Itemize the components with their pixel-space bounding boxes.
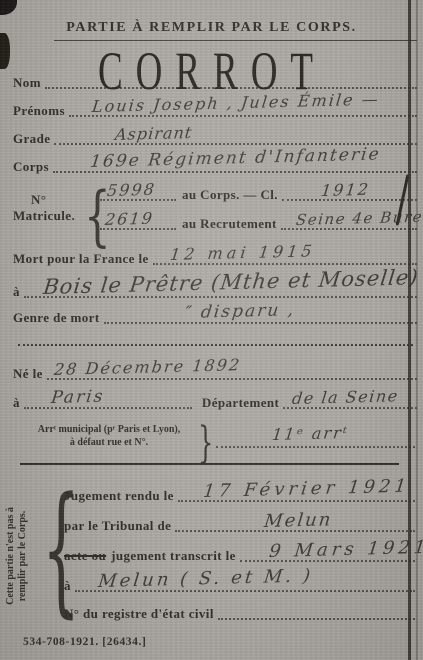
ne-le-label: Né le bbox=[13, 367, 43, 380]
registre-line bbox=[218, 605, 415, 620]
arrondissement-value: 11ᵉ arrᵗ bbox=[271, 423, 350, 444]
departement-value: de la Seine bbox=[291, 386, 400, 408]
jugement-rendu-value: 17 Février 1921 bbox=[202, 476, 411, 502]
prenoms-line: Louis Joseph , Jules Émile — bbox=[69, 102, 417, 117]
name-stamp: CORROT bbox=[62, 41, 362, 103]
arrondissement-label-line2: à défaut rue et N°. bbox=[20, 437, 198, 450]
transcrit-value: 9 Mars 1921 bbox=[268, 537, 423, 562]
mort-label: Mort pour la France le bbox=[13, 252, 149, 265]
corps-line: 169e Régiment d'Infanterie bbox=[53, 158, 417, 173]
genre-mort-label: Genre de mort bbox=[13, 311, 100, 324]
au-recrutement-label: au Recrutement bbox=[182, 217, 277, 230]
scan-artifact-left-edge bbox=[0, 33, 10, 69]
genre-mort-value: ″ disparu , bbox=[184, 300, 296, 323]
departement-line: de la Seine bbox=[283, 394, 417, 409]
mort-lieu-value: Bois le Prêtre (Mthe et Moselle) bbox=[42, 265, 420, 299]
prenoms-label: Prénoms bbox=[13, 104, 65, 117]
jugement-lieu-line: Melun ( S. et M. ) bbox=[75, 577, 415, 592]
tribunal-label: par le Tribunal de bbox=[64, 519, 171, 532]
scan-artifact-right-fold-line bbox=[408, 0, 411, 660]
genre-mort-line: ″ disparu , bbox=[104, 309, 417, 324]
corps-label: Corps bbox=[13, 160, 49, 173]
au-corps-label: au Corps. — Cl. bbox=[182, 188, 278, 201]
tribunal-line: Melun bbox=[175, 517, 415, 532]
matricule-recrutement-value: 2619 bbox=[104, 209, 155, 229]
ne-le-value: 28 Décembre 1892 bbox=[53, 355, 242, 379]
ne-a-value: Paris bbox=[50, 387, 106, 408]
scan-artifact-top-left bbox=[0, 0, 17, 15]
mort-lieu-line: Bois le Prêtre (Mthe et Moselle) bbox=[24, 283, 417, 298]
section-divider-solid bbox=[20, 463, 399, 465]
judgment-side-note: Cette partie n'est pas à remplir par le … bbox=[5, 495, 41, 617]
mort-value: 12 mai 1915 bbox=[169, 241, 317, 264]
grade-line: Aspirant bbox=[54, 130, 417, 145]
arrondissement-line: 11ᵉ arrᵗ bbox=[216, 433, 415, 448]
tribunal-value: Melun bbox=[263, 509, 334, 532]
jugement-lieu-value: Melun ( S. et M. ) bbox=[97, 565, 314, 592]
ne-a-line: Paris bbox=[24, 394, 192, 409]
form-title: PARTIE À REMPLIR PAR LE CORPS. bbox=[66, 21, 356, 35]
mort-line: 12 mai 1915 bbox=[153, 250, 417, 265]
arrondissement-label: Arrᵗ municipal (pʳ Paris et Lyon), à déf… bbox=[20, 424, 198, 449]
transcrit-line: 9 Mars 1921 bbox=[240, 547, 415, 562]
matricule-no-label: N° bbox=[31, 193, 46, 206]
scan-artifact-right-fold-line-2 bbox=[416, 0, 418, 660]
grade-value: Aspirant bbox=[114, 123, 193, 144]
mort-lieu-label: à bbox=[13, 285, 20, 298]
arrondissement-brace: } bbox=[198, 421, 213, 464]
jugement-rendu-label: Jugement rendu le bbox=[64, 489, 174, 502]
arrondissement-label-line1: Arrᵗ municipal (pʳ Paris et Lyon), bbox=[20, 424, 198, 437]
transcrit-label-struck: acte ou bbox=[64, 549, 106, 562]
footer-reference: 534-708-1921. [26434.] bbox=[23, 636, 146, 648]
classe-value: 1912 bbox=[320, 180, 371, 200]
jugement-lieu-label: à bbox=[64, 579, 71, 592]
corps-value: 169e Régiment d'Infanterie bbox=[89, 144, 382, 172]
departement-label: Département bbox=[202, 396, 279, 409]
jugement-rendu-line: 17 Février 1921 bbox=[178, 487, 415, 502]
classe-line: 1912 bbox=[282, 186, 417, 201]
nom-label: Nom bbox=[13, 76, 41, 89]
matricule-recrutement-line: 2619 bbox=[100, 215, 176, 230]
registre-label: N° du registre d'état civil bbox=[64, 607, 214, 620]
ne-le-line: 28 Décembre 1892 bbox=[47, 365, 417, 380]
section-divider-dotted bbox=[18, 344, 413, 346]
ne-a-label: à bbox=[13, 396, 20, 409]
matricule-label: Matricule. bbox=[13, 209, 75, 222]
matricule-corps-line: 5998 bbox=[100, 186, 176, 201]
matricule-corps-value: 5998 bbox=[106, 180, 157, 200]
bureau-value: Seine 4e Bureau bbox=[295, 207, 423, 229]
transcrit-label: jugement transcrit le bbox=[111, 549, 236, 562]
grade-label: Grade bbox=[13, 132, 50, 145]
military-death-record-card: PARTIE À REMPLIR PAR LE CORPS. CORROT No… bbox=[0, 0, 423, 660]
